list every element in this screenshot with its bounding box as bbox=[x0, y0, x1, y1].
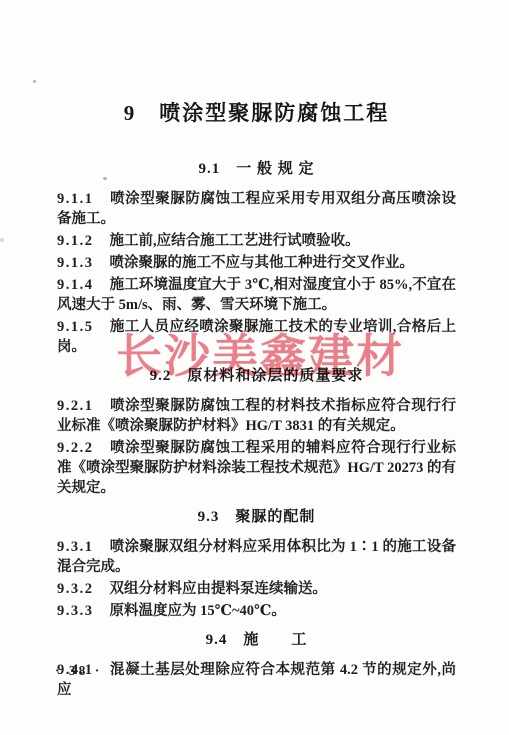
clause-number: 9.1.1 bbox=[57, 191, 94, 207]
clause-text: 喷涂型聚脲防腐蚀工程采用的辅料应符合现行行业标准《喷涂型聚脲防护材料涂装工程技术… bbox=[57, 440, 456, 496]
clause-number: 9.1.2 bbox=[57, 233, 94, 249]
clause-number: 9.3.1 bbox=[57, 539, 94, 555]
section-9-2: 9.2 原材料和涂层的质量要求 9.2.1喷涂型聚脲防腐蚀工程的材料技术指标应符… bbox=[57, 366, 456, 498]
clause-9-3-2: 9.3.2双组分材料应由提料泵连续输送。 bbox=[57, 579, 456, 599]
clause-text: 喷涂聚脲的施工不应与其他工种进行交叉作业。 bbox=[110, 255, 415, 271]
clause-9-3-1: 9.3.1喷涂聚脲双组分材料应采用体积比为 1∶1 的施工设备混合完成。 bbox=[57, 537, 456, 577]
page-content: 9 喷涂型聚脲防腐蚀工程 9.1 一 般 规 定 9.1.1喷涂型聚脲防腐蚀工程… bbox=[57, 0, 456, 702]
section-9-3: 9.3 聚脲的配制 9.3.1喷涂聚脲双组分材料应采用体积比为 1∶1 的施工设… bbox=[57, 507, 456, 621]
clause-number: 9.3.2 bbox=[57, 581, 94, 597]
clause-text: 喷涂聚脲双组分材料应采用体积比为 1∶1 的施工设备混合完成。 bbox=[57, 539, 456, 575]
clause-text: 混凝土基层处理除应符合本规范第 4.2 节的规定外,尚应 bbox=[57, 662, 456, 698]
clause-number: 9.1.3 bbox=[57, 255, 94, 271]
section-heading-9-2: 9.2 原材料和涂层的质量要求 bbox=[57, 366, 456, 386]
section-heading-9-4: 9.4 施 工 bbox=[57, 630, 456, 650]
scan-speck bbox=[0, 238, 4, 242]
clause-9-2-1: 9.2.1喷涂型聚脲防腐蚀工程的材料技术指标应符合现行行业标准《喷涂聚脲防护材料… bbox=[57, 396, 456, 436]
clause-text: 双组分材料应由提料泵连续输送。 bbox=[110, 581, 328, 597]
clause-9-3-3: 9.3.3原料温度应为 15℃~40℃。 bbox=[57, 601, 456, 621]
clause-9-1-3: 9.1.3喷涂聚脲的施工不应与其他工种进行交叉作业。 bbox=[57, 253, 456, 273]
clause-9-1-4: 9.1.4施工环境温度宜大于 3℃,相对湿度宜小于 85%,不宜在风速大于 5m… bbox=[57, 275, 456, 315]
clause-number: 9.2.1 bbox=[57, 398, 94, 414]
clause-text: 原料温度应为 15℃~40℃。 bbox=[110, 603, 286, 619]
clause-text: 施工人员应经喷涂聚脲施工技术的专业培训,合格后上岗。 bbox=[57, 319, 456, 355]
clause-number: 9.1.4 bbox=[57, 277, 94, 293]
clause-text: 施工前,应结合施工工艺进行试喷验收。 bbox=[110, 233, 360, 249]
clause-text: 喷涂型聚脲防腐蚀工程的材料技术指标应符合现行行业标准《喷涂聚脲防护材料》HG/T… bbox=[57, 398, 456, 434]
clause-number: 9.2.2 bbox=[57, 440, 94, 456]
clause-9-1-1: 9.1.1喷涂型聚脲防腐蚀工程应采用专用双组分高压喷涂设备施工。 bbox=[57, 189, 456, 229]
clause-9-2-2: 9.2.2喷涂型聚脲防腐蚀工程采用的辅料应符合现行行业标准《喷涂型聚脲防护材料涂… bbox=[57, 438, 456, 498]
section-heading-9-1: 9.1 一 般 规 定 bbox=[57, 159, 456, 179]
clause-9-4-1: 9.4.1混凝土基层处理除应符合本规范第 4.2 节的规定外,尚应 bbox=[57, 660, 456, 700]
section-9-1: 9.1 一 般 规 定 9.1.1喷涂型聚脲防腐蚀工程应采用专用双组分高压喷涂设… bbox=[57, 159, 456, 357]
scan-speck bbox=[33, 80, 36, 83]
clause-number: 9.1.5 bbox=[57, 319, 94, 335]
section-9-4: 9.4 施 工 9.4.1混凝土基层处理除应符合本规范第 4.2 节的规定外,尚… bbox=[57, 630, 456, 700]
section-heading-9-3: 9.3 聚脲的配制 bbox=[57, 507, 456, 527]
clause-text: 施工环境温度宜大于 3℃,相对湿度宜小于 85%,不宜在风速大于 5m/s、雨、… bbox=[57, 277, 456, 313]
page-number: · 38 · bbox=[55, 663, 102, 679]
clause-9-1-2: 9.1.2施工前,应结合施工工艺进行试喷验收。 bbox=[57, 231, 456, 251]
clause-9-1-5: 9.1.5施工人员应经喷涂聚脲施工技术的专业培训,合格后上岗。 bbox=[57, 317, 456, 357]
clause-text: 喷涂型聚脲防腐蚀工程应采用专用双组分高压喷涂设备施工。 bbox=[57, 191, 456, 227]
document-page: 长沙美鑫建材 9 喷涂型聚脲防腐蚀工程 9.1 一 般 规 定 9.1.1喷涂型… bbox=[0, 0, 509, 735]
clause-number: 9.3.3 bbox=[57, 603, 94, 619]
chapter-title: 9 喷涂型聚脲防腐蚀工程 bbox=[57, 0, 456, 127]
